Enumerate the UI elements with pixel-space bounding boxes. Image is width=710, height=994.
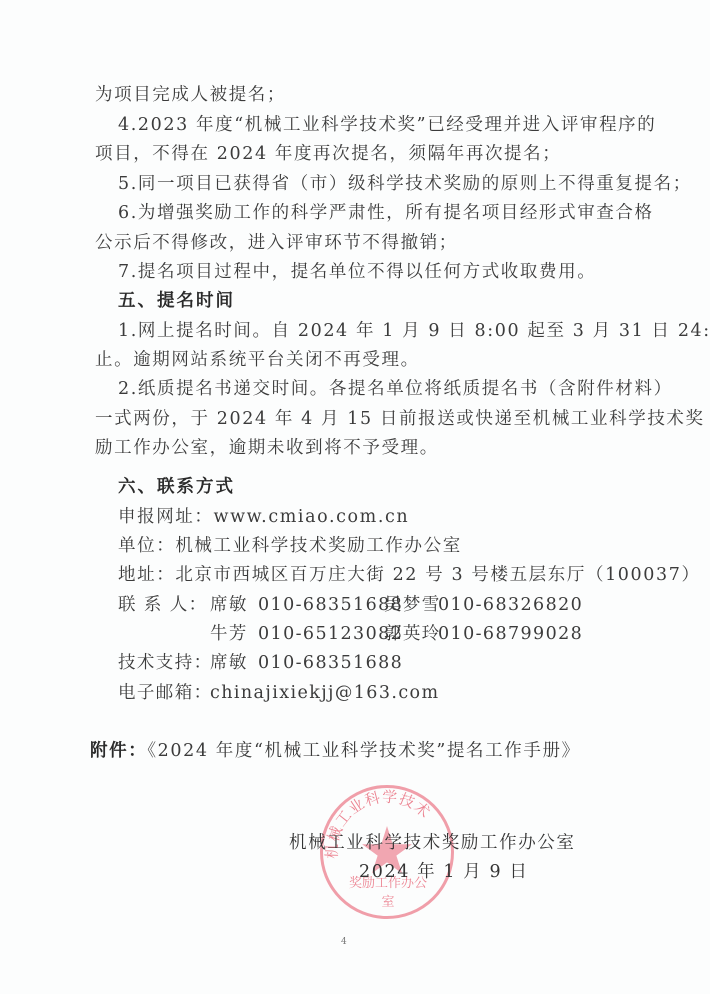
address-row: 地址：北京市西城区百万庄大街 22 号 3 号楼五层东厅（100037） (118, 564, 701, 586)
contact-phone: 010-65123082 (258, 623, 403, 645)
contacts-label: 联 系 人： (118, 594, 208, 616)
attachment-label: 附件： (90, 741, 147, 761)
contact-name: 吴梦雪 (384, 594, 441, 616)
unit-label: 单位： (118, 536, 175, 556)
rule-4-line-2: 项目，不得在 2024 年度再次提名，须隔年再次提名； (95, 143, 561, 165)
contact-name: 牛芳 (210, 623, 248, 645)
rule-6-line-1: 6.为增强奖励工作的科学严肃性，所有提名项目经形式审查合格 (118, 202, 654, 224)
contact-phone: 010-68326820 (438, 594, 583, 616)
address-label: 地址： (118, 565, 175, 585)
paper-time-line-1: 2.纸质提名书递交时间。各提名单位将纸质提名书（含附件材料） (118, 378, 673, 400)
contact-name: 郭英玲 (384, 623, 441, 645)
rule-7: 7.提名项目过程中，提名单位不得以任何方式收取费用。 (118, 261, 596, 283)
contact-phone: 010-68799028 (438, 623, 583, 645)
paper-time-line-2: 一式两份，于 2024 年 4 月 15 日前报送或快递至机械工业科学技术奖 (95, 408, 705, 430)
document-page: 为项目完成人被提名； 4.2023 年度“机械工业科学技术奖”已经受理并进入评审… (0, 0, 710, 994)
email-link[interactable]: chinajixiekjj@163.com (210, 682, 439, 704)
rule-4-line-1: 4.2023 年度“机械工业科学技术奖”已经受理并进入评审程序的 (118, 114, 656, 136)
signature-date: 2024 年 1 月 9 日 (359, 861, 529, 883)
section-5-heading: 五、提名时间 (118, 290, 235, 312)
online-time-line-2: 止。逾期网站系统平台关闭不再受理。 (95, 349, 420, 371)
page-number: 4 (341, 937, 347, 947)
website-label: 申报网址： (118, 507, 214, 527)
website-link[interactable]: www.cmiao.com.cn (214, 507, 410, 527)
attachment-title: 《2024 年度“机械工业科学技术奖”提名工作手册》 (147, 741, 580, 761)
tech-support-label: 技术支持： (118, 652, 213, 674)
contact-phone: 010-68351688 (258, 594, 403, 616)
signature-office: 机械工业科学技术奖励工作办公室 (289, 832, 576, 854)
contact-name: 席敏 (210, 594, 248, 616)
tech-support-phone: 010-68351688 (258, 652, 403, 674)
unit-row: 单位：机械工业科学技术奖励工作办公室 (118, 535, 462, 557)
address-value: 北京市西城区百万庄大街 22 号 3 号楼五层东厅（100037） (175, 565, 700, 585)
tech-support-name: 席敏 (210, 652, 248, 674)
email-label: 电子邮箱： (118, 682, 213, 704)
section-6-heading: 六、联系方式 (118, 476, 235, 498)
continuation-line: 为项目完成人被提名； (95, 84, 286, 106)
paper-time-line-3: 励工作办公室，逾期未收到将不予受理。 (95, 437, 439, 459)
rule-6-line-2: 公示后不得修改，进入评审环节不得撤销； (95, 232, 458, 254)
unit-value: 机械工业科学技术奖励工作办公室 (175, 536, 462, 556)
rule-5: 5.同一项目已获得省（市）级科学技术奖励的原则上不得重复提名； (118, 173, 692, 195)
website-row: 申报网址：www.cmiao.com.cn (118, 506, 409, 528)
attachment-row: 附件：《2024 年度“机械工业科学技术奖”提名工作手册》 (90, 740, 581, 762)
online-time-line-1: 1.网上提名时间。自 2024 年 1 月 9 日 8:00 起至 3 月 31… (118, 320, 710, 342)
